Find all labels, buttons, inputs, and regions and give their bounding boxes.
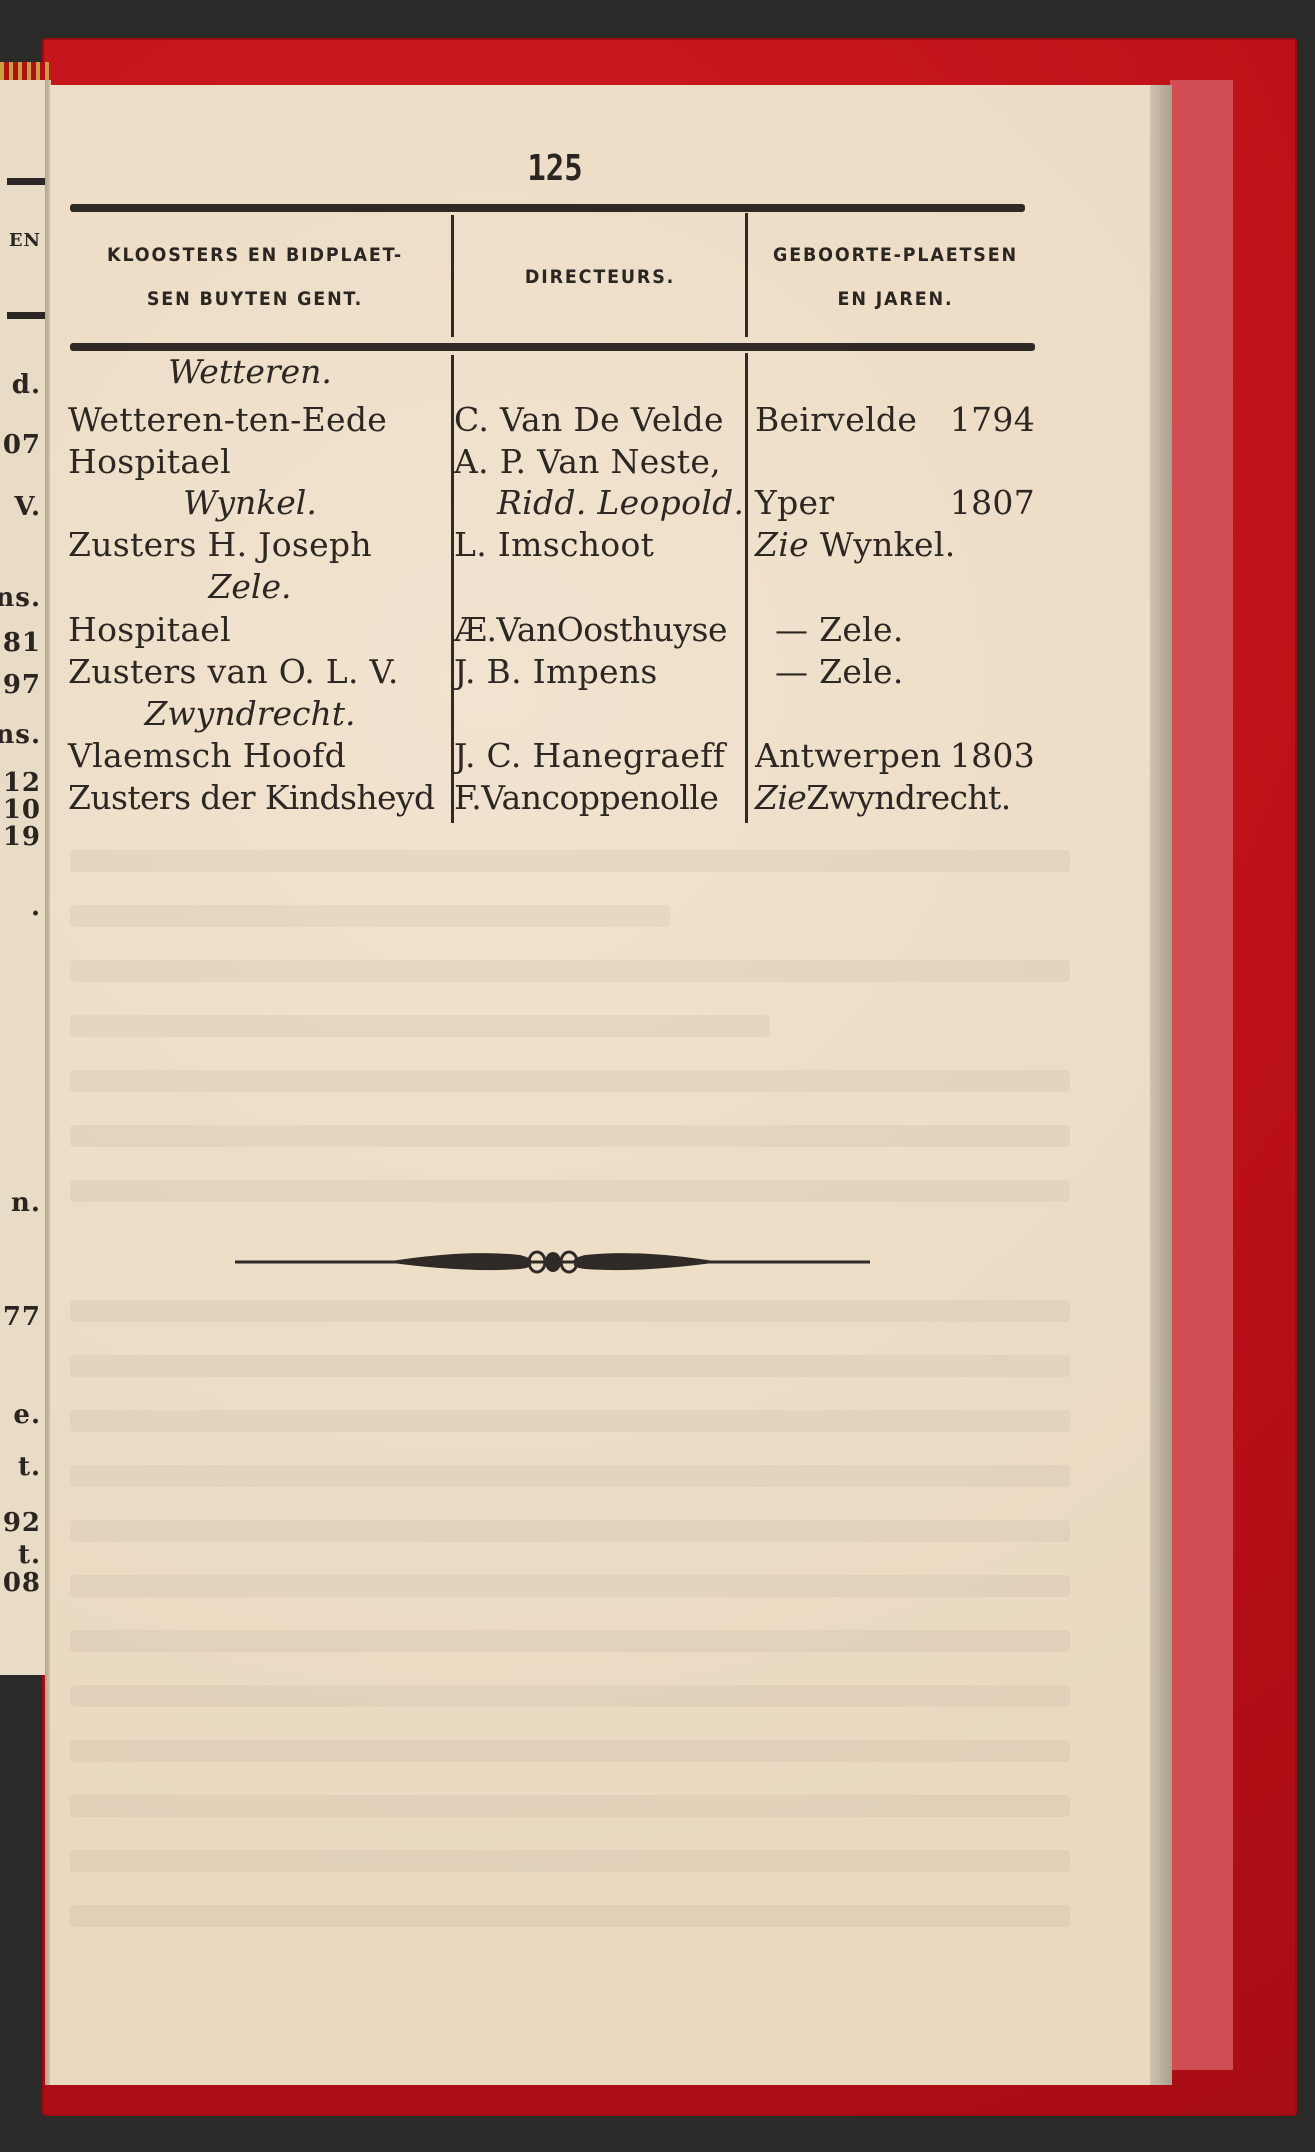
institution-cell: Wetteren-ten-Eede (68, 400, 387, 440)
left-fragment: 92 (3, 1508, 41, 1538)
left-fragment: 08 (3, 1568, 41, 1598)
show-through (70, 1070, 1070, 1092)
director-cell: A. P. Van Neste, (454, 442, 721, 482)
birth-year: 1803 (950, 736, 1035, 776)
show-through (70, 1300, 1070, 1322)
header-institutions: KLOOSTERS EN BIDPLAET- SEN BUYTEN GENT. (76, 233, 435, 321)
left-rule (7, 178, 45, 185)
director-cell: L. Imschoot (454, 525, 654, 565)
show-through (70, 1465, 1070, 1487)
show-through (70, 960, 1070, 982)
ribbon-strip (1170, 80, 1233, 2070)
left-fragment: e. (13, 1400, 41, 1430)
left-fragment: . (31, 892, 41, 922)
header-line: EN JAREN. (760, 277, 1031, 321)
birthplace-cell: — Zele. (775, 610, 904, 650)
director-cell: Æ.VanOosthuyse (454, 610, 727, 650)
director-cell: F.Vancoppenolle (454, 778, 718, 818)
left-fragment: ns. (0, 720, 41, 750)
institution-cell: Vlaemsch Hoofd (68, 736, 346, 776)
birthplace: Yper (755, 483, 834, 522)
left-fragment: 81 (3, 628, 41, 658)
column-divider (745, 213, 748, 337)
institution-cell: Hospitael (68, 610, 231, 650)
header-line: GEBOORTE-PLAETSEN (760, 233, 1031, 277)
birthplace: Wynkel. (820, 525, 956, 564)
left-fragment: ns. (0, 583, 41, 613)
column-divider (451, 215, 454, 337)
birth-year: 1807 (950, 483, 1035, 523)
show-through (70, 1575, 1070, 1597)
left-fragment: 77 (3, 1302, 41, 1332)
town-heading: Wynkel. (50, 483, 450, 523)
left-fragment: d. (12, 370, 41, 400)
birthplace-cell: ZieZwyndrecht. (755, 778, 1011, 818)
show-through (70, 905, 670, 927)
institution-cell: Zusters der Kindsheyd (68, 778, 435, 818)
director-cell: J. C. Hanegraeff (454, 736, 725, 776)
birth-year: 1794 (950, 400, 1035, 440)
birthplace-cell: — Zele. (775, 652, 904, 692)
left-fragment: 12 (3, 768, 41, 798)
institution-cell: Hospitael (68, 442, 231, 482)
left-fragment: 97 (3, 670, 41, 700)
show-through (70, 1355, 1070, 1377)
header-directors: DIRECTEURS. (467, 255, 734, 299)
left-fragment: EN (9, 230, 41, 251)
show-through (70, 1905, 1070, 1927)
town-heading: Zele. (50, 567, 450, 607)
show-through (70, 1685, 1070, 1707)
left-fragment: 19 (3, 822, 41, 852)
header-line: KLOOSTERS EN BIDPLAET- (76, 233, 435, 277)
town-heading: Wetteren. (50, 352, 450, 392)
birthplace-cell: Yper 1807 (755, 483, 1035, 523)
birthplace: Zwyndrecht. (806, 778, 1010, 817)
left-rule (7, 312, 45, 319)
director-cell: J. B. Impens (454, 652, 658, 692)
show-through (70, 1410, 1070, 1432)
left-page-edge: EN d. 07 V. ns. 81 97 ns. 12 10 19 . n. … (0, 80, 48, 1675)
header-top-rule (70, 204, 1025, 212)
header-line: SEN BUYTEN GENT. (76, 277, 435, 321)
show-through (70, 1850, 1070, 1872)
show-through (70, 1520, 1070, 1542)
director-cell: C. Van De Velde (454, 400, 724, 440)
left-fragment: t. (18, 1540, 41, 1570)
see-reference: Zie (755, 525, 809, 564)
left-fragment: 10 (3, 795, 41, 825)
show-through (70, 850, 1070, 872)
show-through (70, 1015, 770, 1037)
left-fragment: n. (11, 1188, 41, 1218)
show-through (70, 1630, 1070, 1652)
page-number: 125 (525, 148, 585, 189)
see-reference: Zie (755, 778, 806, 817)
show-through (70, 1125, 1070, 1147)
show-through (70, 1795, 1070, 1817)
birthplace-cell: Zie Wynkel. (755, 525, 955, 565)
header-line: DIRECTEURS. (467, 255, 734, 299)
show-through (70, 1740, 1070, 1762)
institution-cell: Zusters H. Joseph (68, 525, 372, 565)
left-fragment: t. (18, 1452, 41, 1482)
header-birthplaces: GEBOORTE-PLAETSEN EN JAREN. (760, 233, 1031, 321)
birthplace: Antwerpen (755, 736, 942, 775)
birthplace-cell: Beirvelde 1794 (755, 400, 1035, 440)
birthplace: Beirvelde (755, 400, 917, 439)
show-through (70, 1180, 1070, 1202)
director-title: Ridd. Leopold. (497, 483, 744, 523)
institution-cell: Zusters van O. L. V. (68, 652, 399, 692)
header-bottom-rule (70, 343, 1035, 351)
column-divider (745, 353, 748, 823)
town-heading: Zwyndrecht. (50, 694, 450, 734)
birthplace-cell: Antwerpen 1803 (755, 736, 1035, 776)
left-fragment: 07 (3, 430, 41, 460)
left-fragment: V. (14, 492, 41, 522)
page-edge (1150, 85, 1172, 2085)
ornament-divider-icon (235, 1245, 870, 1277)
